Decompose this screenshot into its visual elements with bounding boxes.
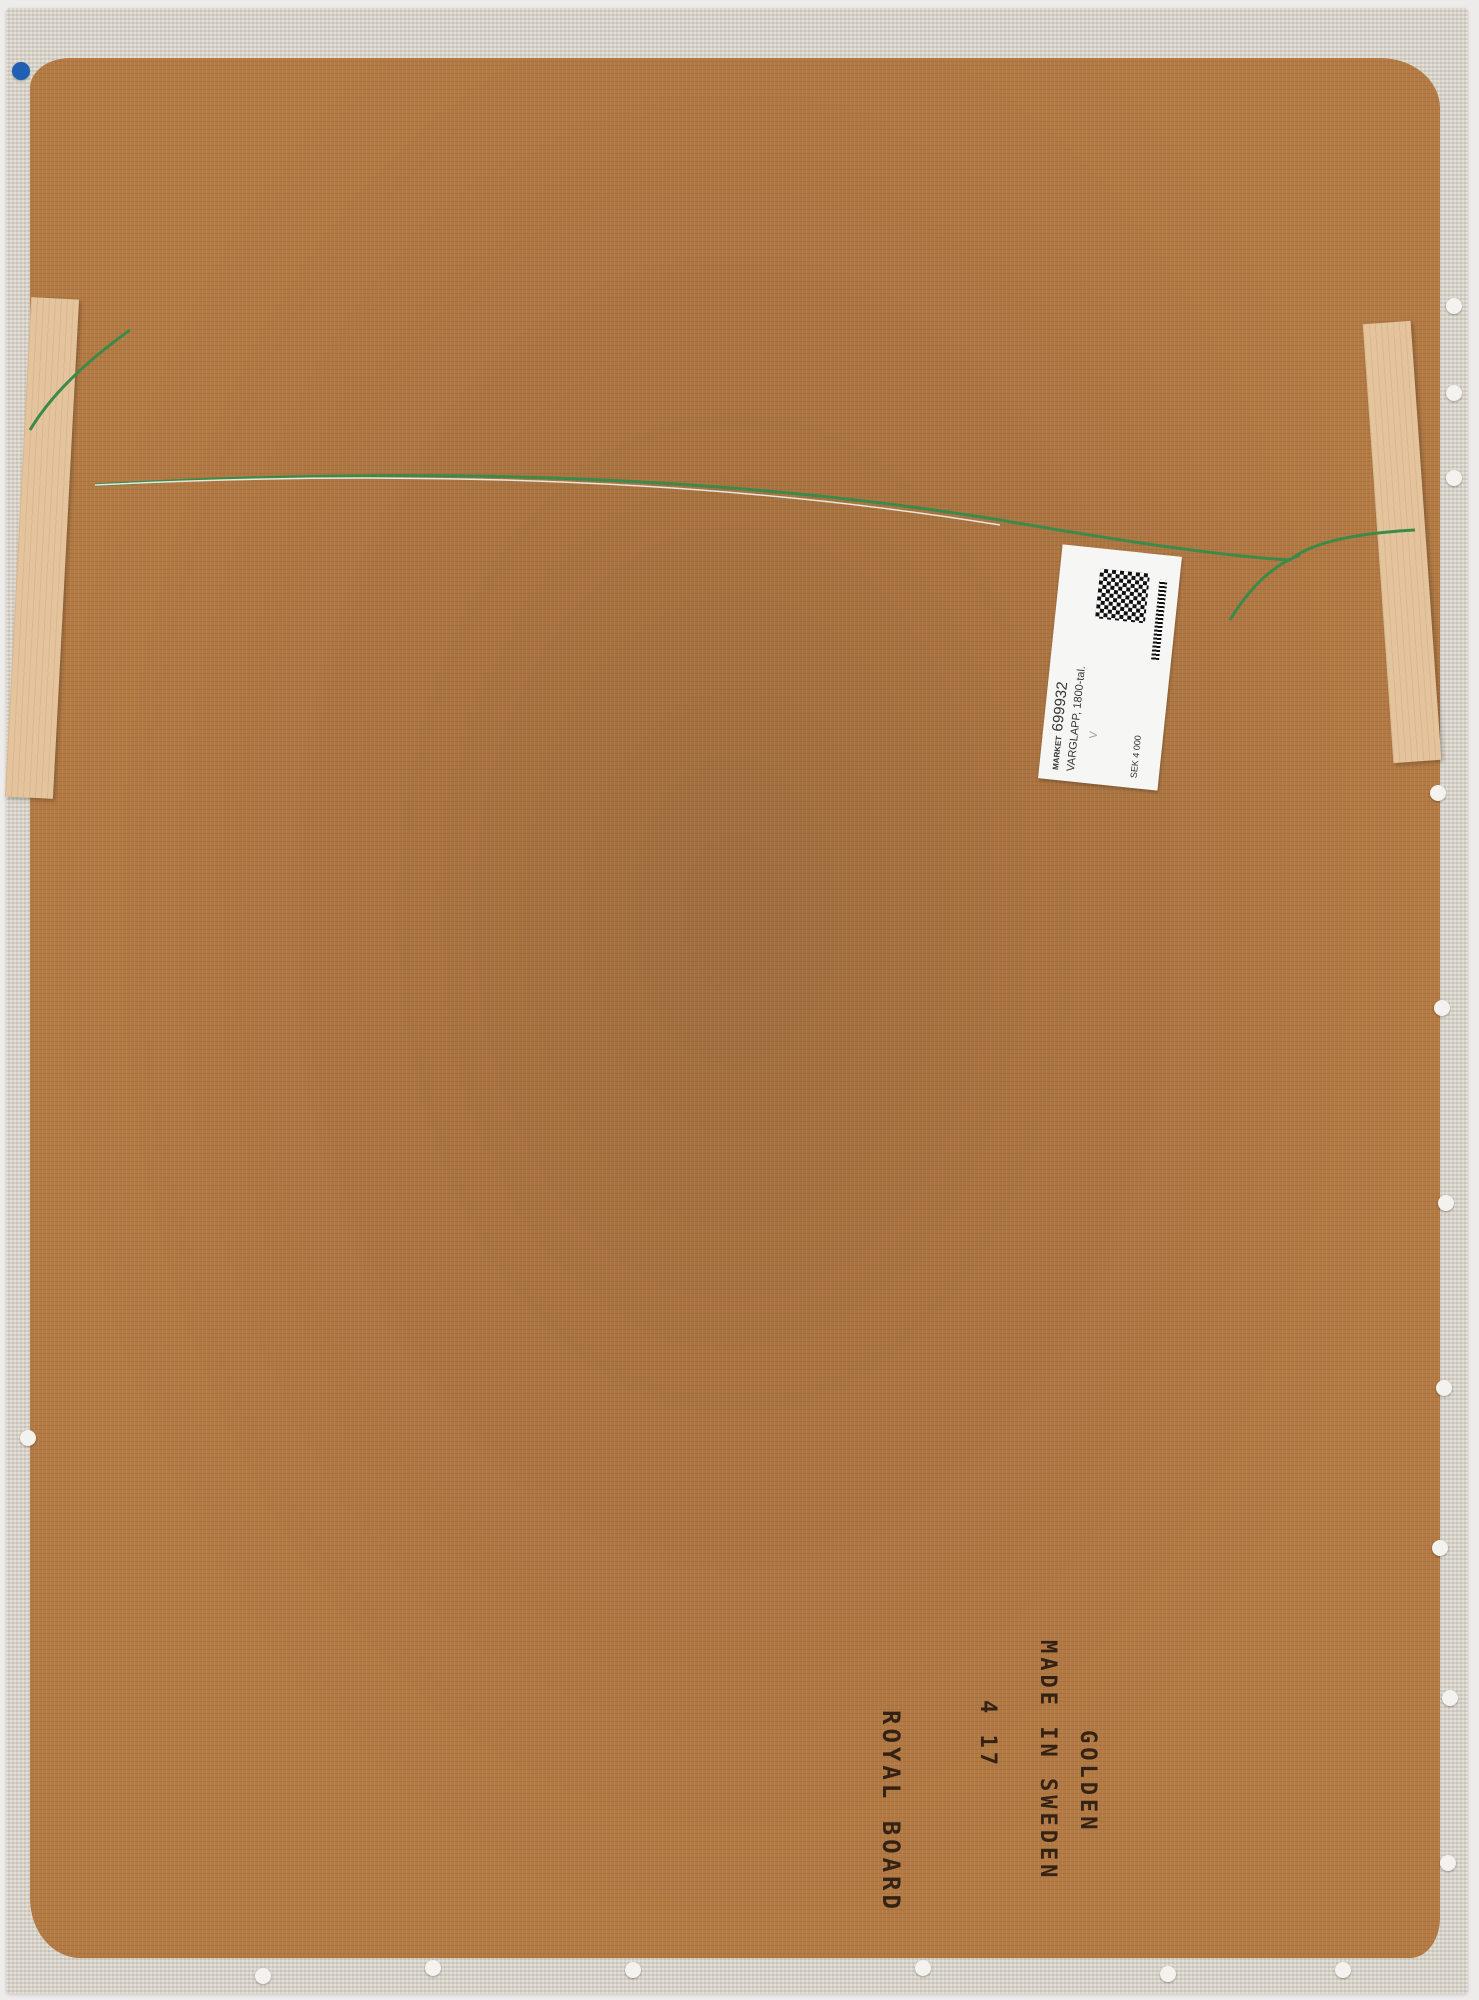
barcode-icon [1151, 580, 1167, 660]
stamp-line4: GOLDEN [1075, 1730, 1100, 1833]
tag-mark: V [1088, 731, 1101, 740]
photo-scene: MARKET 699932 VARGLAPP, 1800-tal. V SEK … [0, 0, 1479, 2000]
stamp-line3: MADE IN SWEDEN [1035, 1640, 1060, 1881]
tag-lot-number: 699932 [1049, 681, 1071, 733]
auction-tag: MARKET 699932 VARGLAPP, 1800-tal. V SEK … [1038, 544, 1182, 790]
stamp-line1: ROYAL BOARD [877, 1710, 905, 1913]
hanging-wire [0, 0, 1479, 2000]
tag-price: SEK 4 000 [1129, 735, 1143, 779]
qr-code-icon [1095, 568, 1150, 623]
tag-brand: MARKET [1051, 735, 1064, 770]
stamp-line2: 4 17 [975, 1700, 1000, 1769]
